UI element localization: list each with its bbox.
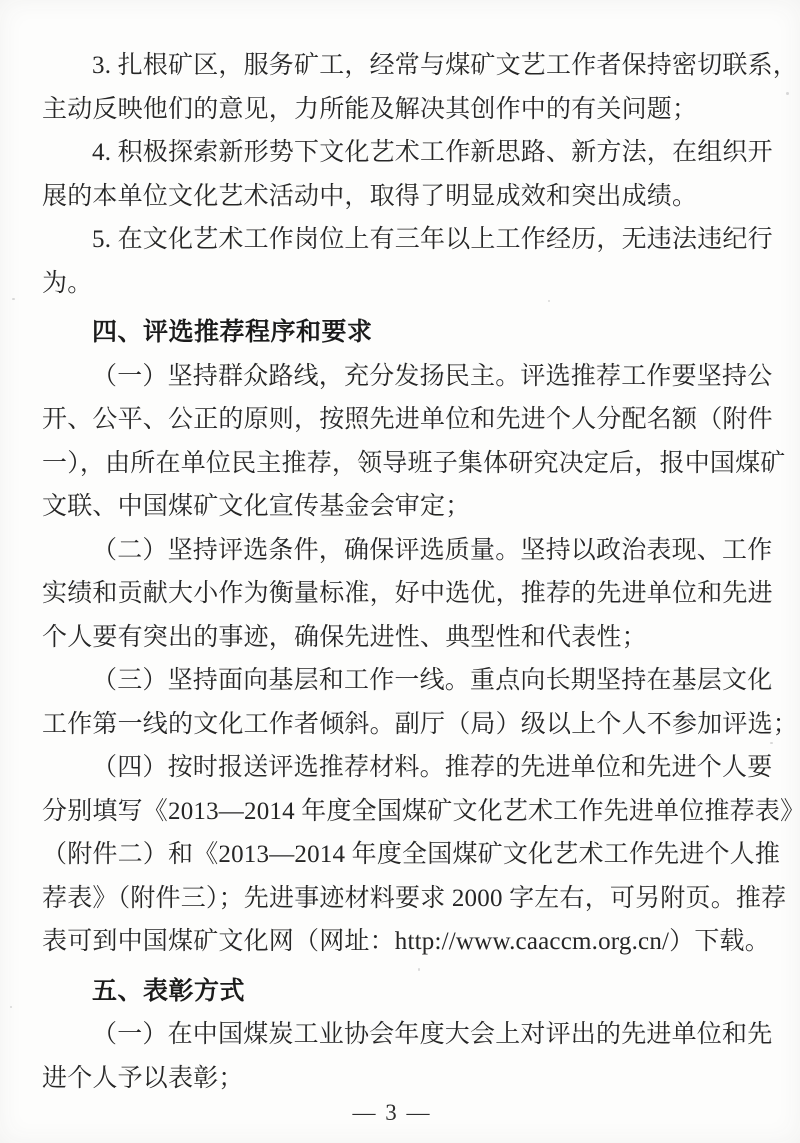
text-line: 展的本单位文化艺术活动中，取得了明显成效和突出成绩。 bbox=[42, 175, 778, 219]
text-line: 开、公平、公正的原则，按照先进单位和先进个人分配名额（附件 bbox=[42, 398, 778, 442]
section-heading: 五、表彰方式 bbox=[42, 970, 778, 1014]
text-line: 主动反映他们的意见，力所能及解决其创作中的有关问题； bbox=[42, 88, 778, 132]
text-line: 分别填写《2013—2014 年度全国煤矿文化艺术工作先进单位推荐表》 bbox=[42, 790, 778, 834]
text-line: 4. 积极探索新形势下文化艺术工作新思路、新方法，在组织开 bbox=[42, 131, 778, 175]
text-line: （四）按时报送评选推荐材料。推荐的先进单位和先进个人要 bbox=[42, 746, 778, 790]
scan-speck bbox=[12, 298, 15, 300]
text-line: 5. 在文化艺术工作岗位上有三年以上工作经历，无违法违纪行 bbox=[42, 218, 778, 262]
section-heading: 四、评选推荐程序和要求 bbox=[42, 311, 778, 355]
text-line: 3. 扎根矿区，服务矿工，经常与煤矿文艺工作者保持密切联系， bbox=[42, 44, 778, 88]
text-line: （附件二）和《2013—2014 年度全国煤矿文化艺术工作先进个人推 bbox=[42, 833, 778, 877]
page-number: — 3 — bbox=[0, 1100, 784, 1126]
text-line: 个人要有突出的事迹，确保先进性、典型性和代表性； bbox=[42, 616, 778, 660]
text-line: （一）在中国煤炭工业协会年度大会上对评出的先进单位和先 bbox=[42, 1013, 778, 1057]
text-line: 表可到中国煤矿文化网（网址：http://www.caaccm.org.cn/）… bbox=[42, 920, 778, 964]
text-line: 荐表》（附件三）；先进事迹材料要求 2000 字左右，可另附页。推荐 bbox=[42, 877, 778, 921]
text-line: 为。 bbox=[42, 262, 778, 306]
text-line: 进个人予以表彰； bbox=[42, 1057, 778, 1101]
scan-speck bbox=[10, 1006, 12, 1008]
text-line: （三）坚持面向基层和工作一线。重点向长期坚持在基层文化 bbox=[42, 659, 778, 703]
document-text: 3. 扎根矿区，服务矿工，经常与煤矿文艺工作者保持密切联系，主动反映他们的意见，… bbox=[42, 44, 778, 1100]
scan-speck bbox=[786, 92, 789, 95]
text-line: 一），由所在单位民主推荐，领导班子集体研究决定后，报中国煤矿 bbox=[42, 442, 778, 486]
scanned-document-page: { "page": { "background": "#fdfdfc", "te… bbox=[0, 0, 800, 1143]
text-line: 工作第一线的文化工作者倾斜。副厅（局）级以上个人不参加评选； bbox=[42, 703, 778, 747]
text-line: 文联、中国煤矿文化宣传基金会审定； bbox=[42, 485, 778, 529]
text-line: （二）坚持评选条件，确保评选质量。坚持以政治表现、工作 bbox=[42, 529, 778, 573]
text-line: （一）坚持群众路线，充分发扬民主。评选推荐工作要坚持公 bbox=[42, 355, 778, 399]
text-line: 实绩和贡献大小作为衡量标准，好中选优，推荐的先进单位和先进 bbox=[42, 572, 778, 616]
